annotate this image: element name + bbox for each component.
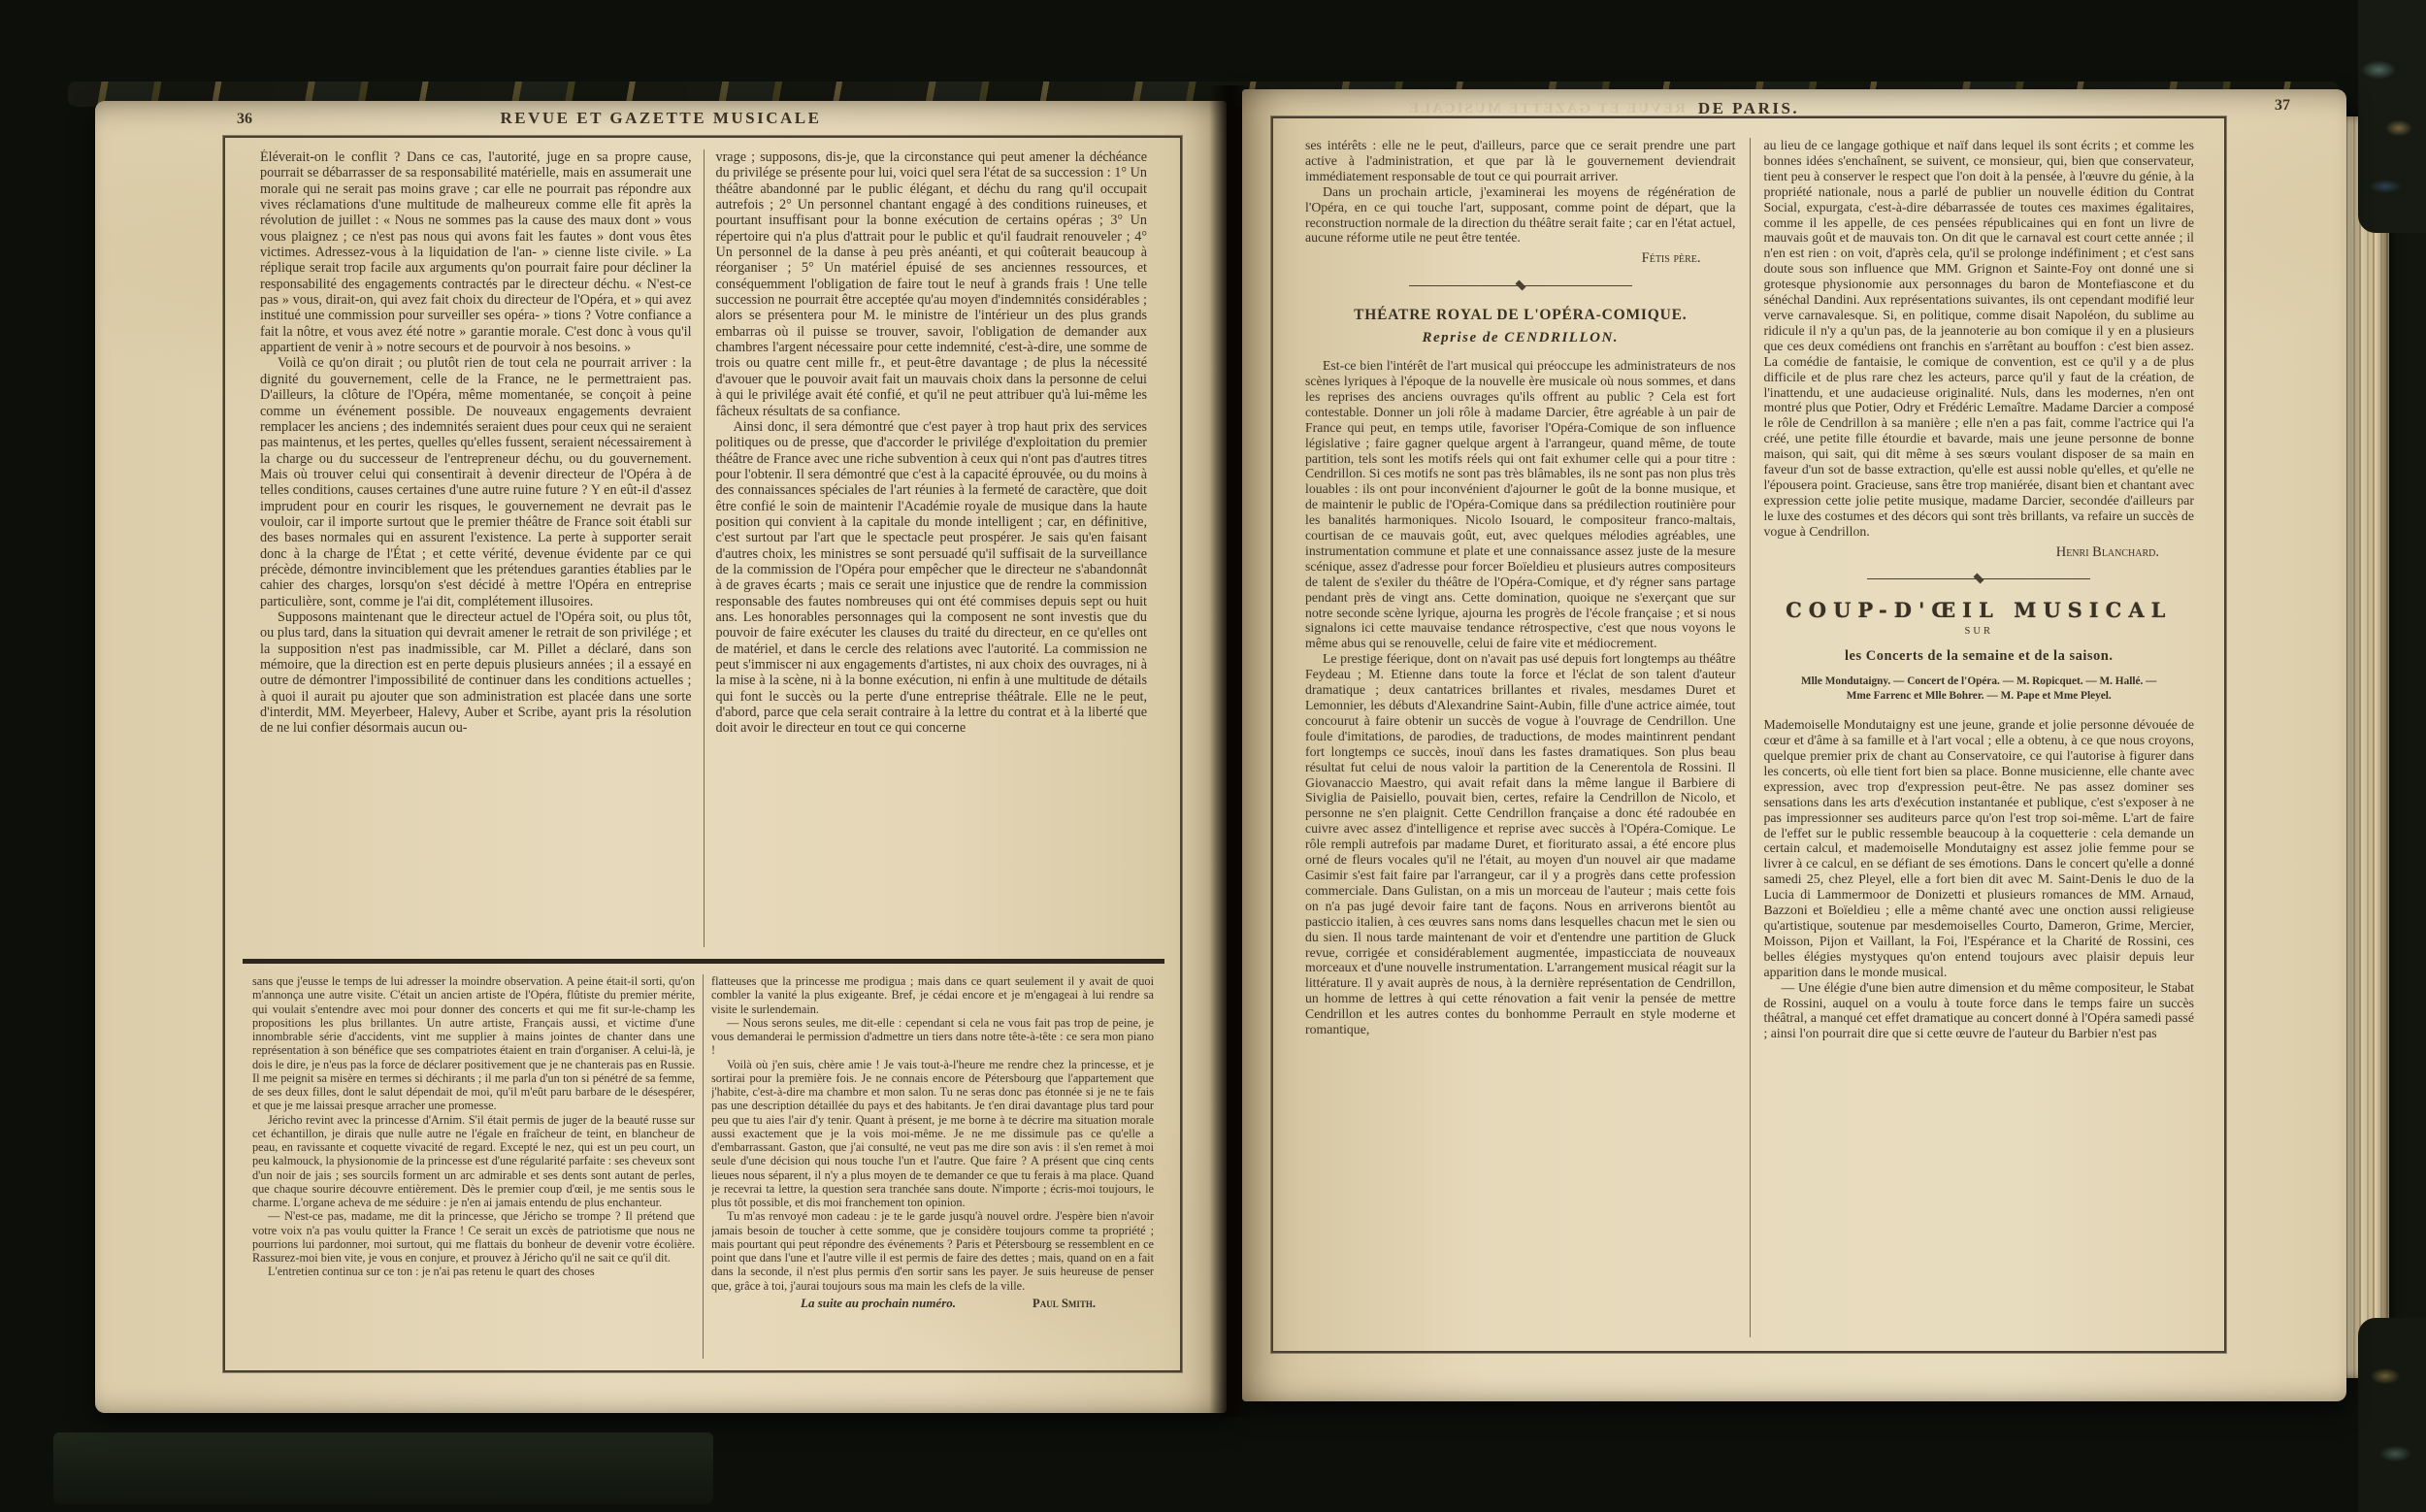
paragraph: Ainsi donc, il sera démontré que c'est p… [715, 419, 1147, 737]
article-signature-blanchard: Henri Blanchard. [1763, 545, 2194, 561]
paragraph: Éléverait-on le conflit ? Dans ce cas, l… [260, 149, 692, 355]
book-photograph: { "book": { "left_page": { "page_number"… [0, 0, 2426, 1512]
article-subtitle: Reprise de CENDRILLON. [1305, 331, 1736, 346]
paragraph: Est-ce bien l'intérêt de l'art musical q… [1305, 358, 1736, 651]
column-divider [704, 149, 705, 947]
running-title-left: REVUE ET GAZETTE MUSICALE [95, 109, 1227, 128]
paragraph: — N'est-ce pas, madame, me dit la prince… [252, 1209, 695, 1265]
cover-board-bottom-left [53, 1432, 713, 1504]
paragraph: — Nous serons seules, me dit-elle : cepe… [711, 1016, 1154, 1058]
text-column-left-1: Éléverait-on le conflit ? Dans ce cas, l… [260, 149, 692, 947]
paragraph: L'entretien continua sur ce ton : je n'a… [252, 1265, 695, 1278]
paragraph: Le prestige féerique, dont on n'avait pa… [1305, 651, 1736, 1037]
paragraph: sans que j'eusse le temps de lui adresse… [252, 974, 695, 1113]
paragraph: Voilà ce qu'on dirait ; ou plutôt rien d… [260, 355, 692, 609]
feuilleton-separator-rule [243, 959, 1164, 964]
running-title-right: DE PARIS. [1242, 99, 2255, 118]
paragraph: Voilà où j'en suis, chère amie ! Je vais… [711, 1058, 1154, 1210]
section-divider-ornament [1867, 570, 2090, 587]
paragraph: Dans un prochain article, j'examinerai l… [1305, 184, 1736, 247]
paragraph: Jéricho revint avec la princesse d'Arnim… [252, 1113, 695, 1210]
paragraph: Mademoiselle Mondutaigny est une jeune, … [1763, 717, 2194, 979]
paragraph: vrage ; supposons, dis-je, que la circon… [715, 149, 1147, 419]
feuilleton-columns: sans que j'eusse le temps de lui adresse… [252, 974, 1155, 1359]
paragraph: Tu m'as renvoyé mon cadeau : je te le ga… [711, 1209, 1154, 1293]
paragraph: Supposons maintenant que le directeur ac… [260, 609, 692, 737]
paragraph: ses intérêts : elle ne le peut, d'ailleu… [1305, 138, 1736, 184]
section-sur: SUR [1763, 624, 2194, 640]
section-subtitle: les Concerts de la semaine et de la sais… [1763, 649, 2194, 665]
concert-program-summary: Mlle Mondutaigny. — Concert de l'Opéra. … [1763, 674, 2194, 704]
marbled-corner-bottom-right [2358, 1318, 2426, 1512]
paragraph: — Une élégie d'une bien autre dimension … [1763, 980, 2194, 1042]
section-divider-ornament [1409, 277, 1632, 294]
left-page: 36 REVUE ET GAZETTE MUSICALE Éléverait-o… [95, 101, 1227, 1413]
marbled-corner-top-right [2358, 0, 2426, 233]
article-frame-left: Éléverait-on le conflit ? Dans ce cas, l… [223, 136, 1182, 1372]
main-columns-right: ses intérêts : elle ne le peut, d'ailleu… [1305, 138, 2194, 1337]
to-be-continued-note: La suite au prochain numéro. [801, 1297, 956, 1310]
article-frame-right: ses intérêts : elle ne le peut, d'ailleu… [1271, 116, 2226, 1353]
text-column-left-2: vrage ; supposons, dis-je, que la circon… [715, 149, 1147, 947]
paragraph: flatteuses que la princesse me prodigua … [711, 974, 1154, 1016]
article-title: THÉATRE ROYAL DE L'OPÉRA-COMIQUE. [1305, 308, 1736, 323]
program-line: Mme Farrenc et Mlle Bohrer. — M. Pape et… [1763, 689, 2194, 704]
paragraph: au lieu de ce langage gothique et naïf d… [1763, 138, 2194, 540]
feuilleton-footer: La suite au prochain numéro. Paul Smith. [711, 1297, 1154, 1310]
text-column-right-2: au lieu de ce langage gothique et naïf d… [1763, 138, 2194, 1337]
column-divider [1750, 138, 1751, 1337]
article-signature-fetis: Fétis père. [1305, 251, 1736, 267]
feuilleton-signature: Paul Smith. [1033, 1297, 1096, 1310]
text-column-right-1: ses intérêts : elle ne le peut, d'ailleu… [1305, 138, 1736, 1337]
right-page: REVUE ET GAZETTE MUSICALE DE PARIS. 37 s… [1242, 89, 2346, 1401]
section-title: COUP-D'ŒIL MUSICAL [1763, 603, 2194, 618]
feuilleton-column-1: sans que j'eusse le temps de lui adresse… [252, 974, 695, 1359]
feuilleton-column-2: flatteuses que la princesse me prodigua … [711, 974, 1154, 1359]
page-number-right: 37 [2275, 97, 2290, 115]
column-divider [703, 974, 704, 1359]
program-line: Mlle Mondutaigny. — Concert de l'Opéra. … [1763, 674, 2194, 689]
main-columns-left: Éléverait-on le conflit ? Dans ce cas, l… [260, 149, 1147, 947]
